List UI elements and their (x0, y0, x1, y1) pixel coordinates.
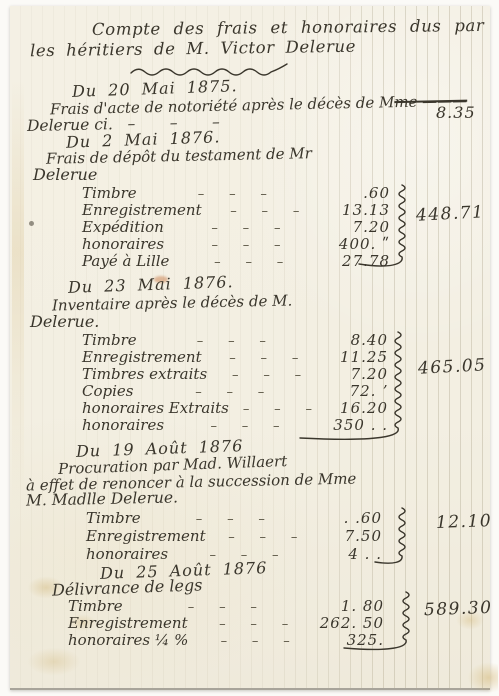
entry-description: Delerue. (30, 313, 99, 331)
dash-leader: – – – (169, 255, 328, 270)
item-label: honoraires (82, 416, 164, 434)
item-label: Copies (82, 382, 133, 400)
dash-leader: – – – (164, 221, 328, 236)
item-label: Expédition (82, 218, 164, 236)
item-label: Timbre (86, 509, 141, 527)
item-label: Timbre (82, 331, 137, 349)
line-item: Timbre– – –1. 80 (68, 597, 384, 615)
section-total: 589.30 (424, 599, 493, 620)
line-item: Expédition– – –7.20 (82, 218, 390, 236)
entry-amount: 8.35 (436, 104, 476, 122)
scanned-page: Compte des frais et honoraires dus par l… (0, 0, 499, 696)
group-brace (296, 330, 406, 450)
dash-leader: – – – (141, 512, 320, 527)
item-label: honoraires Extraits (82, 399, 229, 417)
item-label: Enregistrement (86, 527, 206, 545)
section-total: 12.10 (436, 512, 493, 533)
group-brace (372, 506, 408, 568)
line-item: Timbre– – –.60 (82, 184, 390, 202)
line-item: Payé à Lille– – –27.78 (82, 252, 390, 270)
dash-leader: – – – (123, 600, 322, 615)
dash-leader: – – – (202, 204, 328, 219)
item-label: Payé à Lille (82, 252, 169, 270)
line-item: Enregistrement– – –13.13 (82, 201, 390, 219)
item-label: Enregistrement (68, 614, 188, 632)
line-item: Enregistrement– – –262. 50 (68, 614, 384, 632)
item-label: Timbre (82, 184, 137, 202)
item-label: honoraires (82, 235, 164, 253)
item-label: honoraires (86, 545, 168, 563)
item-label: Timbres extraits (82, 365, 207, 383)
line-item: honoraires ¼ %– – –325. (68, 631, 384, 649)
dash-leader: – – – (188, 634, 322, 649)
item-label: honoraires ¼ % (68, 631, 188, 649)
line-item: Enregistrement– – –7.50 (86, 527, 382, 545)
dash-leader: – – – (137, 187, 328, 202)
line-item: Timbre– – –. .60 (86, 509, 382, 527)
item-label: Enregistrement (82, 348, 202, 366)
entry-description: M. Madlle Delerue. (26, 489, 178, 509)
dash-leader: – – – (188, 617, 320, 632)
item-label: Timbre (68, 597, 123, 615)
item-label: Enregistrement (82, 201, 202, 219)
line-item: honoraires– – –400. ʺ (82, 235, 390, 253)
section-total: 465.05 (418, 356, 487, 378)
section-total: 448.71 (416, 203, 485, 225)
group-brace (340, 590, 412, 656)
dash-leader: – – – (164, 238, 328, 253)
entry-description: Delerue (33, 166, 97, 184)
group-brace (356, 183, 408, 273)
dash-leader: – – – (206, 530, 320, 545)
